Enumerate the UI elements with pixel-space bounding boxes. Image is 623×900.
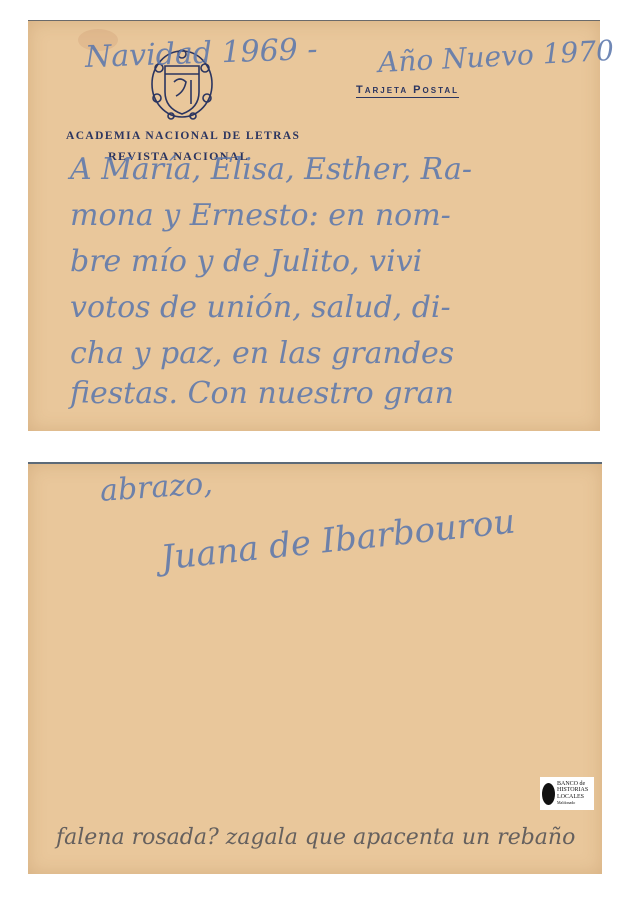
handwritten-line-3: bre mío y de Julito, vivi	[70, 244, 422, 279]
watermark-line-2: HISTORIAS	[557, 787, 588, 794]
archive-watermark: BANCO de HISTORIAS LOCALES Maldonado	[540, 777, 594, 810]
handwritten-line-4: votos de unión, salud, di-	[70, 290, 451, 325]
tree-logo-icon	[542, 783, 555, 805]
card-type-label: Tarjeta Postal	[356, 84, 459, 98]
handwritten-line-2: mona y Ernesto: en nom-	[70, 198, 451, 233]
handwritten-line-6: fiestas. Con nuestro gran	[70, 376, 454, 411]
handwritten-line-1: A María, Elisa, Esther, Ra-	[70, 152, 472, 187]
pencil-note: falena rosada? zagala que apacenta un re…	[56, 825, 575, 850]
handwritten-line-5: cha y paz, en las grandes	[70, 336, 454, 371]
watermark-line-4: Maldonado	[557, 800, 588, 807]
institution-name: ACADEMIA NACIONAL DE LETRAS	[66, 130, 300, 142]
